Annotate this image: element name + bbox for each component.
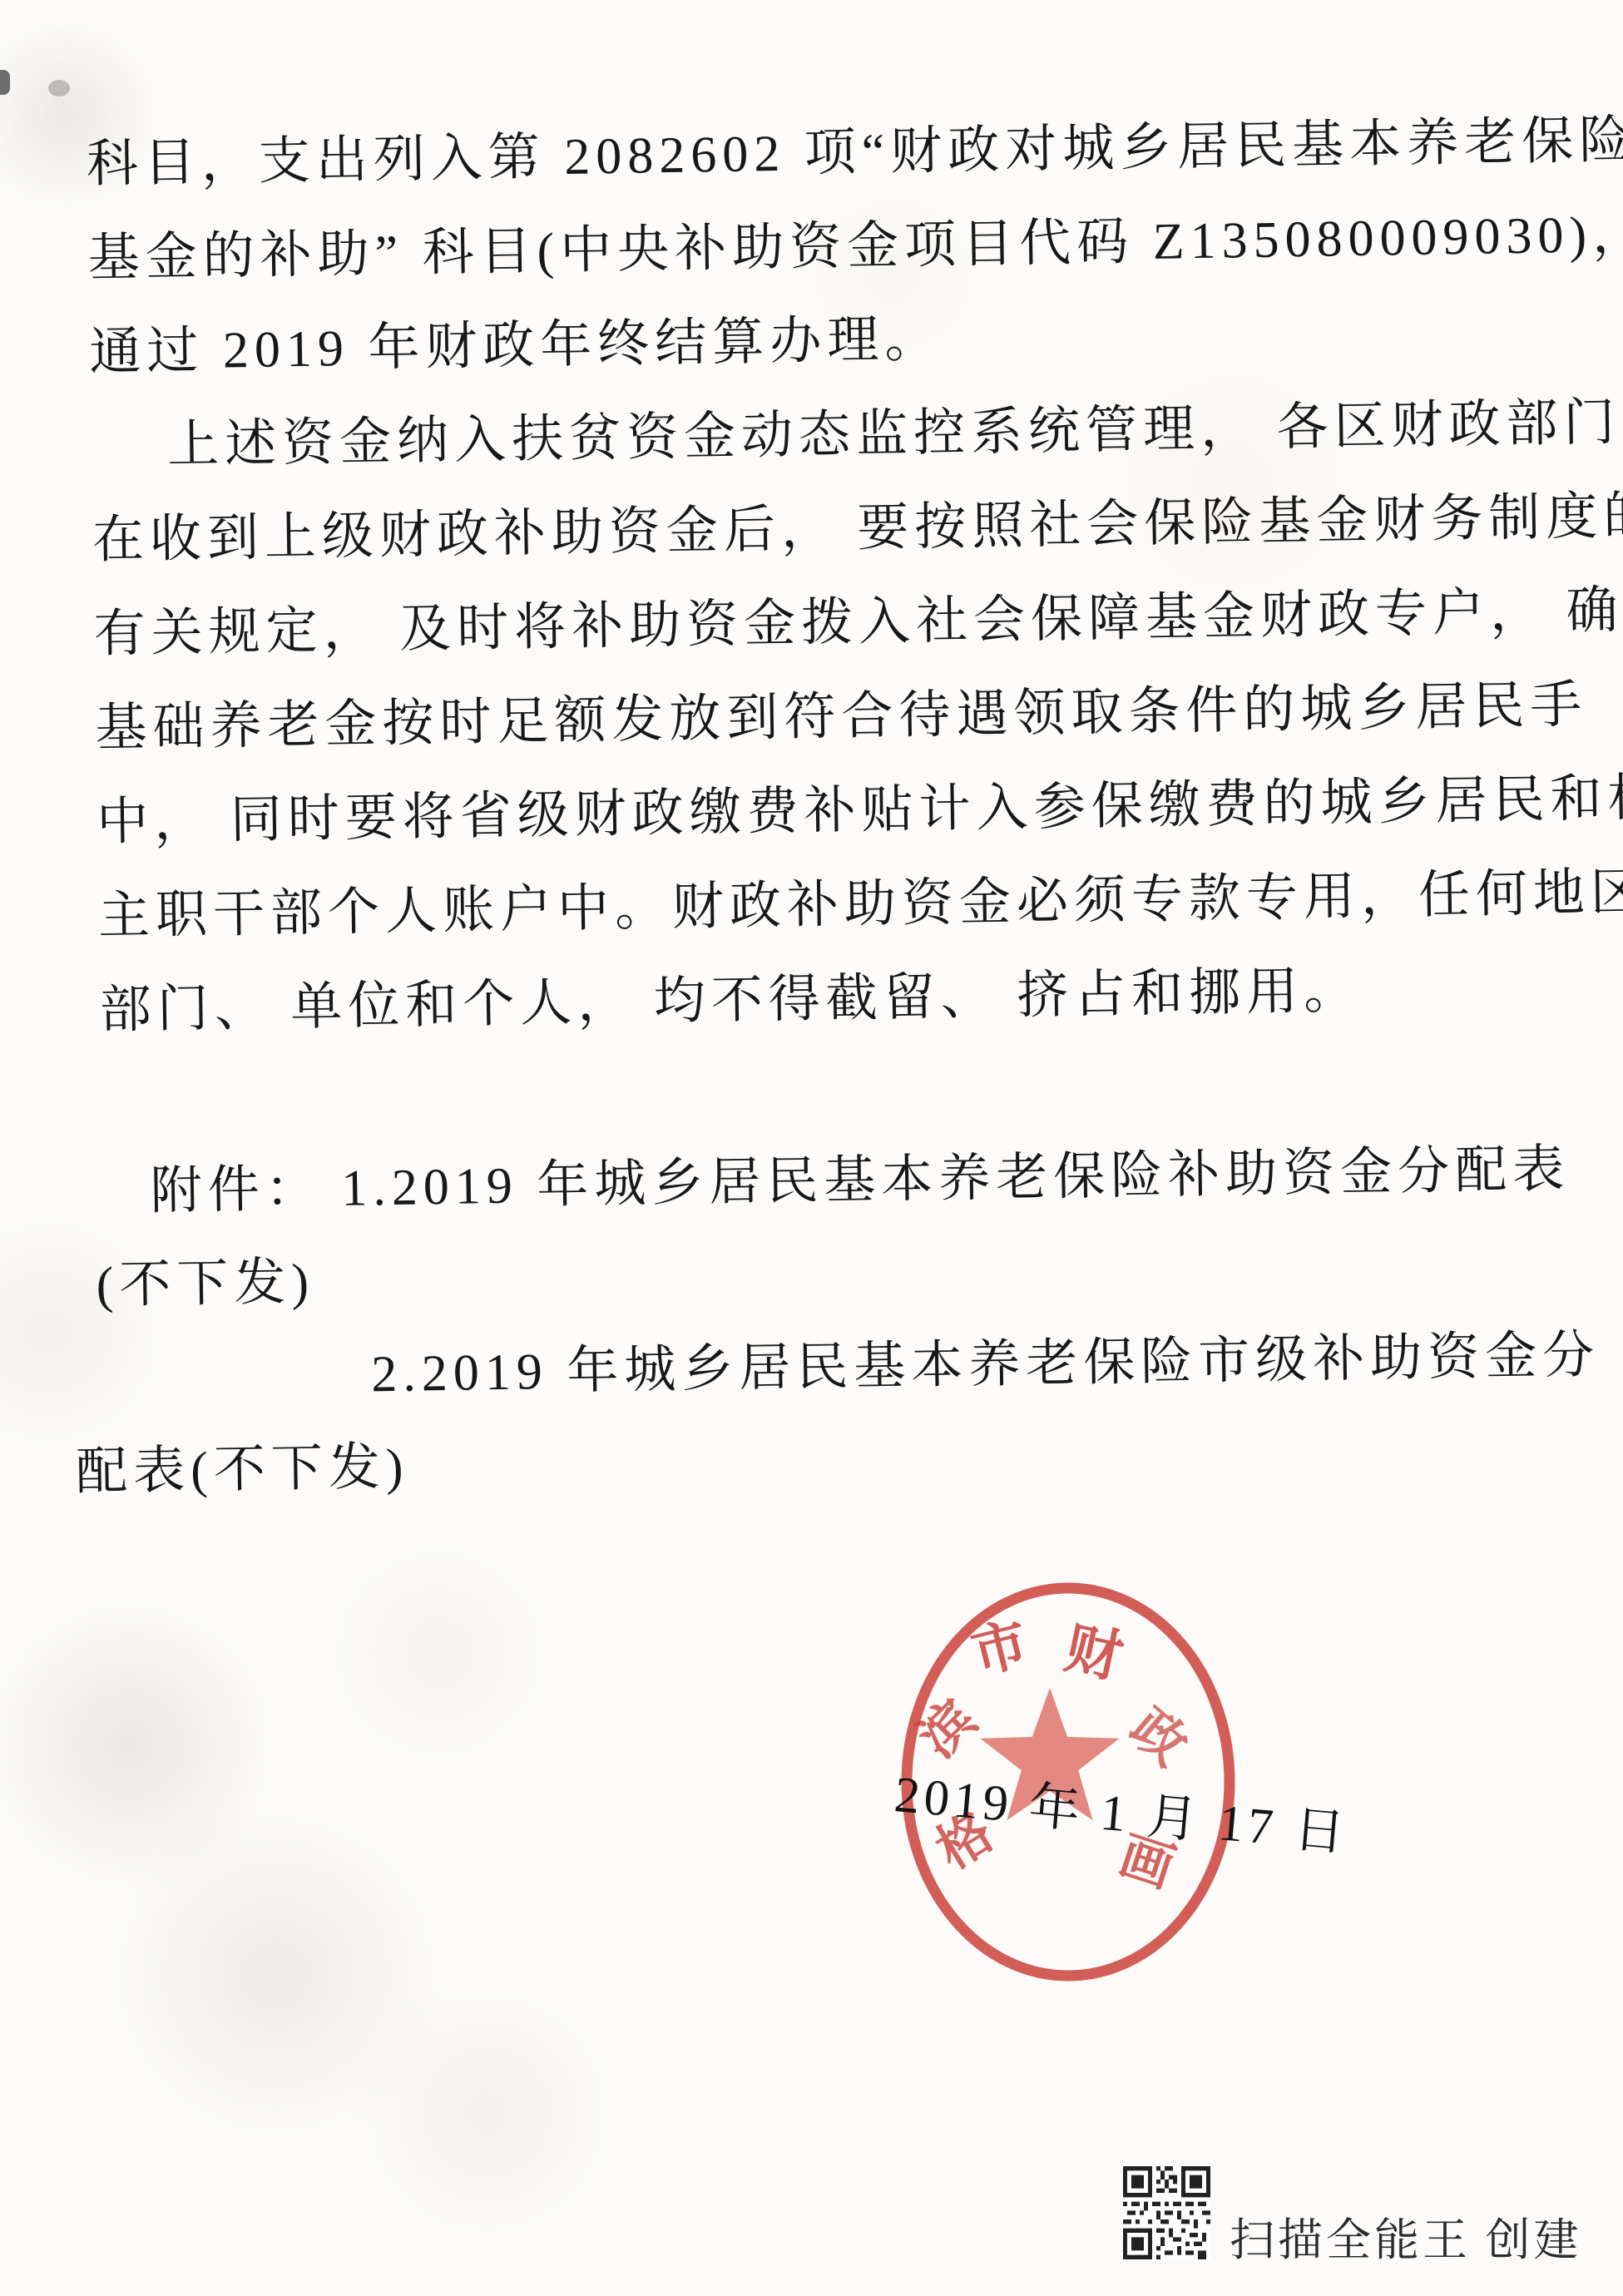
seal-char: 政 <box>1120 1697 1199 1777</box>
scanned-document-page: 科目，支出列入第 2082602 项“财政对城乡居民基本养老保险 基金的补助” … <box>0 0 1623 2296</box>
attachments-block: 附件： 1.2019 年城乡居民基本养老保险补助资金分配表 (不下发) 2.20… <box>71 1122 1599 1519</box>
scanner-caption: 扫描全能王 创建 <box>1230 2204 1582 2269</box>
seal-char: 市 <box>966 1613 1034 1685</box>
scan-edge-mark <box>0 70 10 95</box>
scan-smudge <box>48 80 70 96</box>
seal-char: 财 <box>1060 1616 1128 1690</box>
qr-code <box>1123 2166 1210 2259</box>
document-body-text: 科目，支出列入第 2082602 项“财政对城乡居民基本养老保险 基金的补助” … <box>86 94 1611 1057</box>
